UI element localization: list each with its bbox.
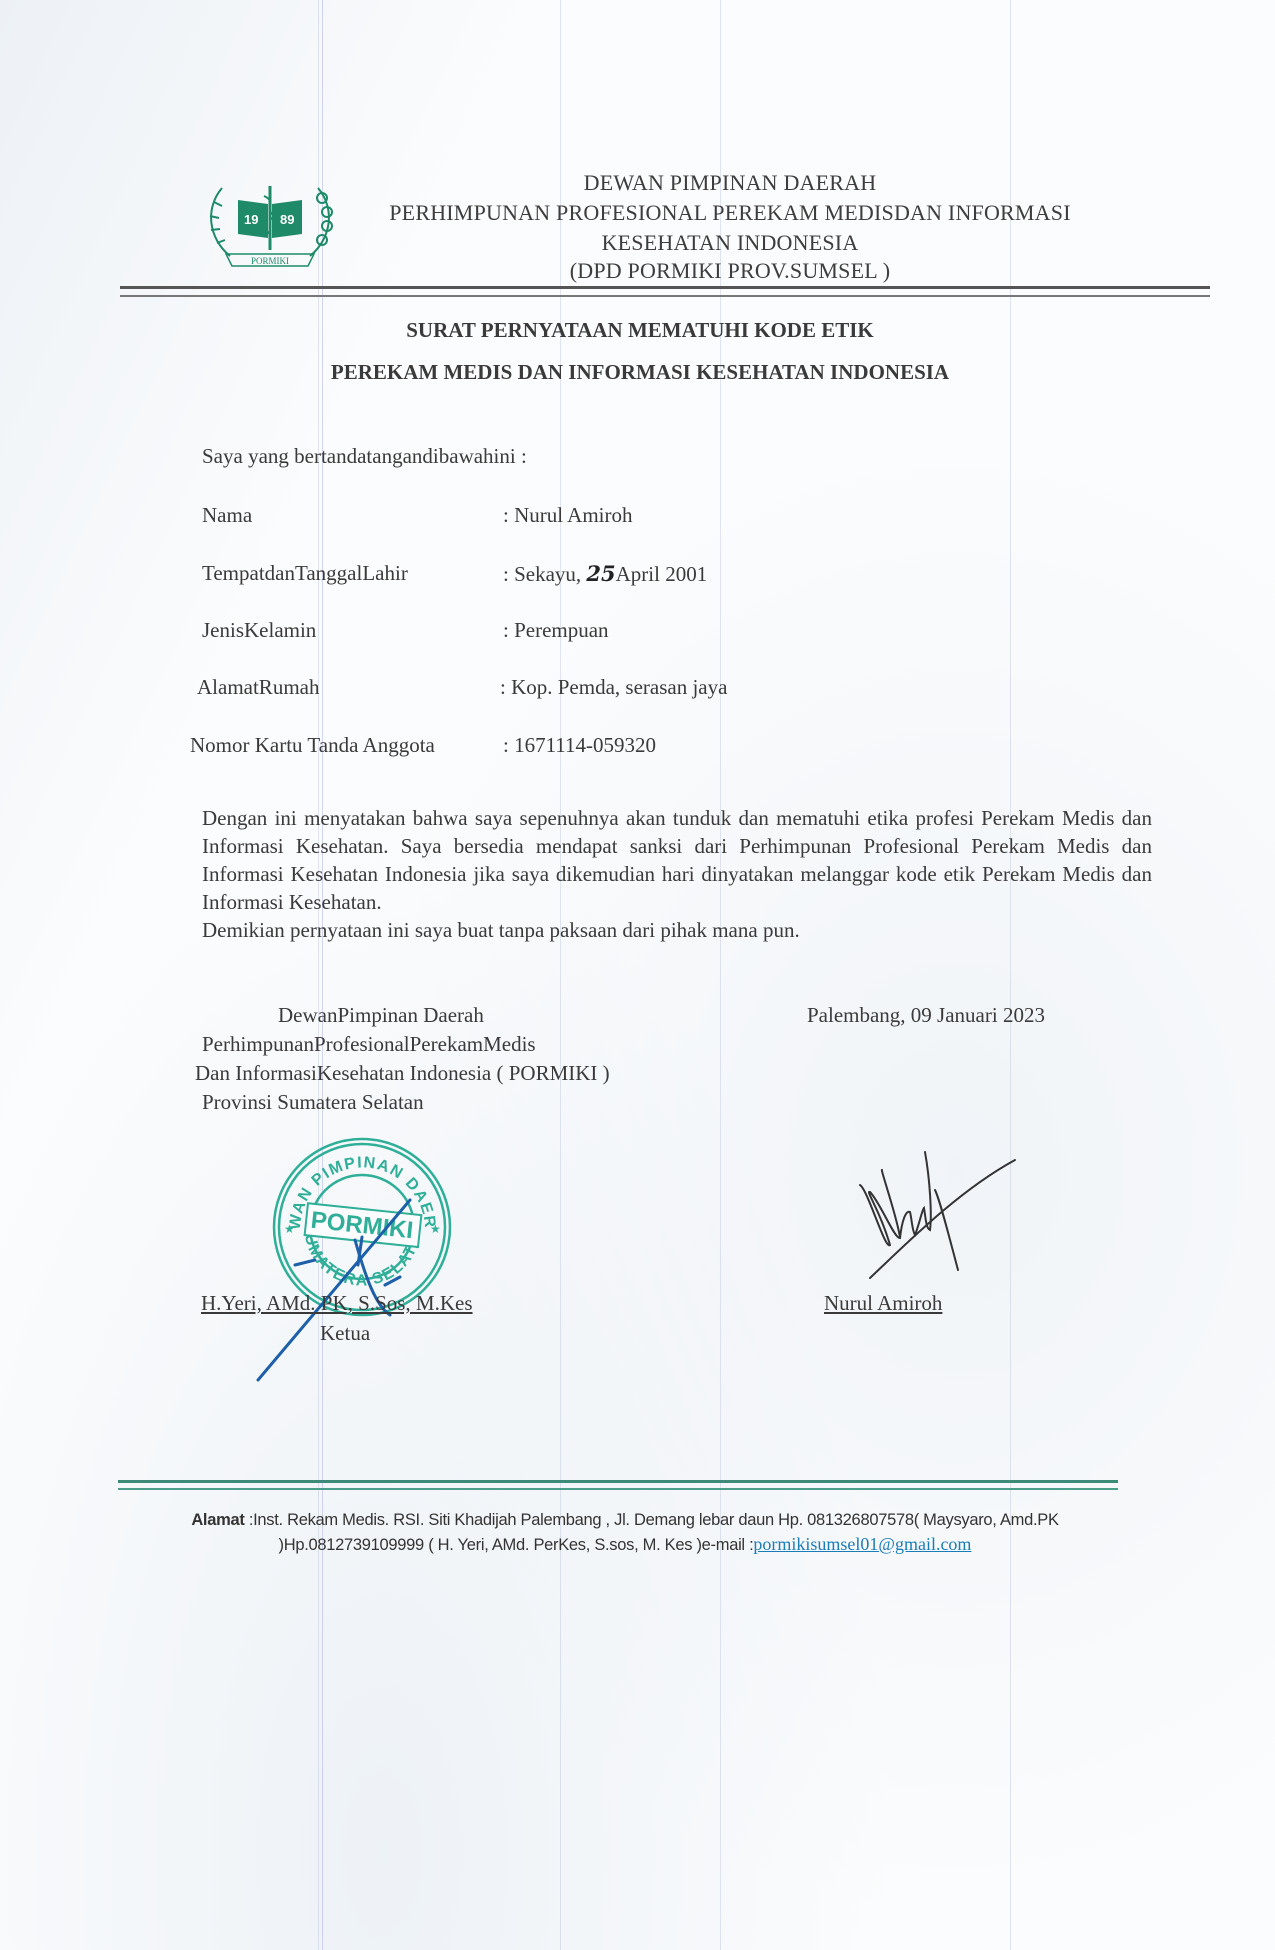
chairman-title: Ketua: [320, 1321, 370, 1346]
org-line: DewanPimpinan Daerah: [278, 1003, 484, 1028]
declarant-name: Nurul Amiroh: [824, 1291, 942, 1316]
footer-line-2: )Hp.0812739109999 ( H. Yeri, AMd. PerKes…: [130, 1532, 1120, 1557]
svg-text:89: 89: [280, 212, 294, 227]
birthplace: : Sekayu,: [503, 562, 586, 586]
intro-text: Saya yang bertandatangandibawahini :: [202, 444, 527, 469]
declarant-signature: [840, 1130, 1020, 1290]
chairman-name: H.Yeri, AMd. PK, S.Sos, M.Kes: [201, 1291, 473, 1316]
footer-address-text: :Inst. Rekam Medis. RSI. Siti Khadijah P…: [245, 1511, 1059, 1529]
field-value-alamat: : Kop. Pemda, serasan jaya: [500, 675, 727, 700]
org-line: Provinsi Sumatera Selatan: [202, 1090, 424, 1115]
chairman-signature: [250, 1165, 450, 1385]
document-subtitle: PEREKAM MEDIS DAN INFORMASI KESEHATAN IN…: [190, 360, 1090, 385]
letterhead-line: KESEHATAN INDONESIA: [300, 230, 1160, 256]
handwritten-day: 25: [586, 561, 615, 586]
letterhead-line: PERHIMPUNAN PROFESIONAL PEREKAM MEDISDAN…: [300, 200, 1160, 226]
statement-closing: Demikian pernyataan ini saya buat tanpa …: [202, 916, 1152, 944]
statement-paragraph: Dengan ini menyatakan bahwa saya sepenuh…: [202, 804, 1152, 916]
svg-text:19: 19: [244, 212, 258, 227]
field-label-ttl: TempatdanTanggalLahir: [202, 561, 408, 586]
letterhead-rule: [120, 286, 1210, 297]
field-label-nomor-kta: Nomor Kartu Tanda Anggota: [190, 733, 435, 758]
statement-block: Dengan ini menyatakan bahwa saya sepenuh…: [202, 804, 1152, 944]
field-value-nama: : Nurul Amiroh: [503, 503, 633, 528]
svg-text:PORMIKI: PORMIKI: [251, 256, 289, 266]
document-title: SURAT PERNYATAAN MEMATUHI KODE ETIK: [190, 318, 1090, 343]
footer-address: Alamat :Inst. Rekam Medis. RSI. Siti Kha…: [130, 1508, 1120, 1557]
field-value-nomor-kta: : 1671114-059320: [503, 733, 656, 758]
field-label-alamat: AlamatRumah: [197, 675, 319, 700]
birth-month-year: April 2001: [616, 562, 708, 586]
letterhead-line: DEWAN PIMPINAN DAERAH: [300, 170, 1160, 196]
footer-contact-text: )Hp.0812739109999 ( H. Yeri, AMd. PerKes…: [279, 1536, 754, 1554]
field-value-jenis-kelamin: : Perempuan: [503, 618, 609, 643]
field-label-nama: Nama: [202, 503, 252, 528]
footer-email-link[interactable]: pormikisumsel01@gmail.com: [753, 1534, 971, 1554]
footer-line-1: Alamat :Inst. Rekam Medis. RSI. Siti Kha…: [130, 1508, 1120, 1532]
org-line: Dan InformasiKesehatan Indonesia ( PORMI…: [195, 1061, 610, 1086]
footer-rule: [118, 1480, 1118, 1490]
letterhead-line: (DPD PORMIKI PROV.SUMSEL ): [300, 258, 1160, 284]
place-date: Palembang, 09 Januari 2023: [807, 1003, 1045, 1028]
field-label-jenis-kelamin: JenisKelamin: [202, 618, 316, 643]
footer-label: Alamat: [191, 1511, 244, 1529]
org-line: PerhimpunanProfesionalPerekamMedis: [202, 1032, 536, 1057]
field-value-ttl: : Sekayu, 25April 2001: [503, 561, 707, 587]
